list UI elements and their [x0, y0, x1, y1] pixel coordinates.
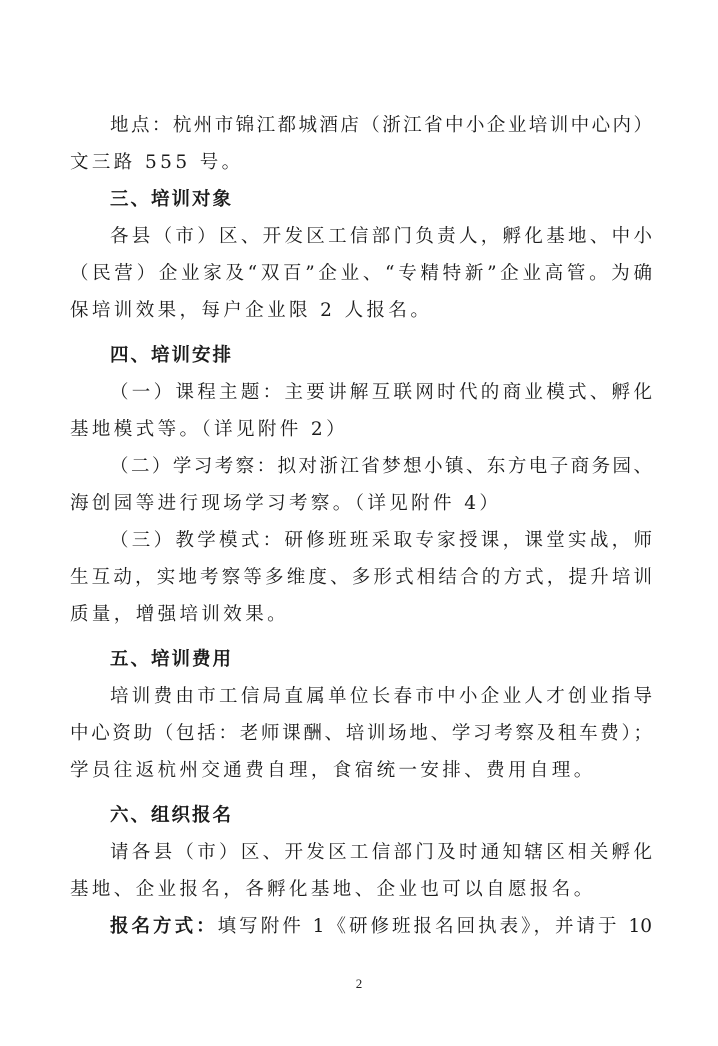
teaching-mode-line-1: （三）教学模式：研修班班采取专家授课，课堂实战，师 [70, 522, 652, 559]
section-heading-training-arrangement: 四、培训安排 [70, 337, 652, 374]
teaching-mode-line-3: 质量，增强培训效果。 [70, 596, 652, 633]
location-line-1: 地点：杭州市锦江都城酒店（浙江省中小企业培训中心内） [70, 107, 652, 144]
location-line-2: 文三路 555 号。 [70, 144, 652, 181]
teaching-mode-line-2: 生互动，实地考察等多维度、多形式相结合的方式，提升培训 [70, 559, 652, 596]
fees-line-1: 培训费由市工信局直属单位长春市中小企业人才创业指导 [70, 678, 652, 715]
target-line-2: （民营）企业家及“双百”企业、“专精特新”企业高管。为确 [70, 255, 652, 292]
course-topic-line-2: 基地模式等。（详见附件 2） [70, 411, 652, 448]
study-visit-line-2: 海创园等进行现场学习考察。（详见附件 4） [70, 485, 652, 522]
section-heading-registration: 六、组织报名 [70, 797, 652, 834]
registration-method-label: 报名方式： [110, 916, 218, 937]
document-body: 地点：杭州市锦江都城酒店（浙江省中小企业培训中心内） 文三路 555 号。 三、… [70, 107, 652, 945]
target-line-3: 保培训效果，每户企业限 2 人报名。 [70, 292, 652, 329]
document-page: 地点：杭州市锦江都城酒店（浙江省中小企业培训中心内） 文三路 555 号。 三、… [0, 0, 718, 1046]
target-line-1: 各县（市）区、开发区工信部门负责人，孵化基地、中小 [70, 218, 652, 255]
fees-line-3: 学员往返杭州交通费自理，食宿统一安排、费用自理。 [70, 752, 652, 789]
registration-method-line: 报名方式：填写附件 1《研修班报名回执表》，并请于 10 [70, 908, 652, 945]
section-heading-training-fees: 五、培训费用 [70, 641, 652, 678]
page-number: 2 [0, 976, 718, 992]
registration-line-2: 基地、企业报名，各孵化基地、企业也可以自愿报名。 [70, 871, 652, 908]
fees-line-2: 中心资助（包括：老师课酬、培训场地、学习考察及租车费）； [70, 715, 652, 752]
study-visit-line-1: （二）学习考察：拟对浙江省梦想小镇、东方电子商务园、 [70, 448, 652, 485]
registration-method-text: 填写附件 1《研修班报名回执表》，并请于 10 [218, 916, 652, 937]
section-heading-training-target: 三、培训对象 [70, 181, 652, 218]
registration-line-1: 请各县（市）区、开发区工信部门及时通知辖区相关孵化 [70, 834, 652, 871]
course-topic-line-1: （一）课程主题：主要讲解互联网时代的商业模式、孵化 [70, 374, 652, 411]
